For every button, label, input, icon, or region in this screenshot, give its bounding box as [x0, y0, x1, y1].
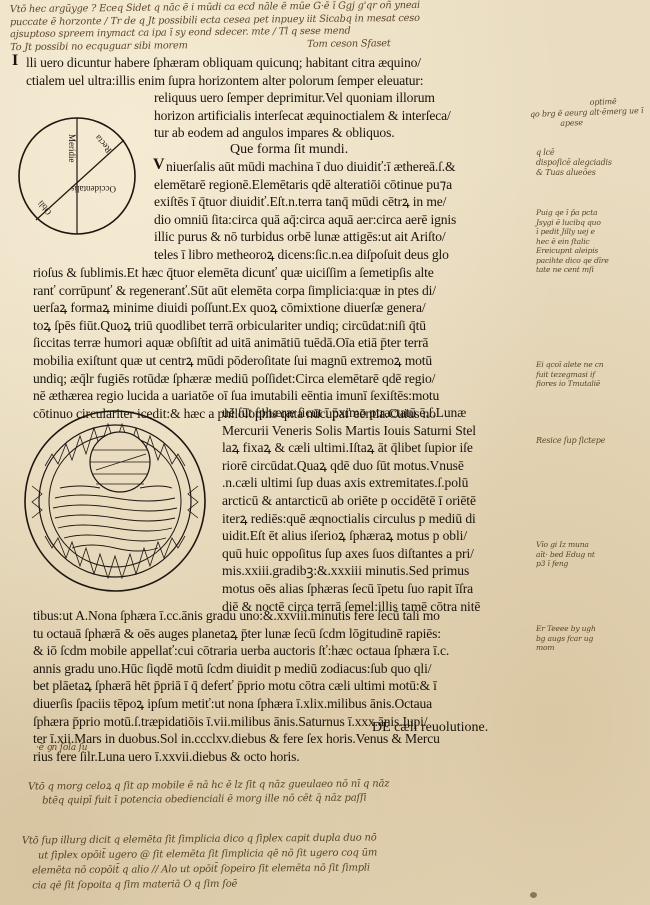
margin-annotation-6: Vīo gi Iz muna aīt· bed Edug nt p3 ī fen…	[536, 540, 595, 569]
bottom-annotation-1: Vtō q morg celoꝝ q ſit ap mobile ē nā hc…	[28, 777, 390, 808]
margin-annotation-2: q lcē dispoſicē alegciadis & Tuas alueōe…	[536, 148, 612, 178]
print-line: niuerſalis aūt mūdi machina ī duo diuidi…	[166, 158, 456, 176]
print-line: tu octauā ſphærā & oēs auges planetaꝝ p̄…	[33, 625, 449, 643]
print-line: .n.cæli ultimi ſup duas axis extremitate…	[222, 474, 480, 492]
print-line: tur ab eodem ad angulos impares & obliqu…	[154, 124, 451, 142]
ink-stain	[530, 892, 537, 898]
annotation-line: & Tuas alueōes	[536, 168, 612, 178]
annotation-line: Vīo gi Iz muna	[536, 540, 595, 550]
print-line: diuerſis ſpaciis tēpoꝝ ipſum metiť:ut no…	[33, 695, 449, 713]
print-line: mis.xxiii.gradibꝫ:&.xxxiii minutis.Sed p…	[222, 562, 480, 580]
annotation-line: Ei qcoī alete ne cn	[536, 360, 603, 370]
print-line: illic purus & nō turbidus orbē lunæ atti…	[154, 228, 456, 246]
paragraph-3-full: tibus:ut A.Nona ſphæra ī.cc.ānis gradu u…	[33, 607, 449, 765]
manuscript-page: Vtō hec argūyge ? Eceq Sidet q nāc ē i m…	[0, 0, 650, 905]
initial-letter-i: I	[12, 52, 18, 70]
margin-annotation-7: Er Teeee by ugh bg augs fcar ug mom	[536, 624, 596, 653]
paragraph-1-beside-figure: reliquus uero ſemper deprimitur.Vel quon…	[154, 89, 451, 142]
spheres-diagram-figure: Meridie Recta Occidentalis Obli	[12, 108, 152, 248]
annotation-line: p3 ī feng	[536, 559, 595, 569]
cosmos-diagram-figure	[20, 406, 210, 596]
print-line: exiſtēs ī q̄tuor diuidiť.Eſt.n.terra tan…	[154, 193, 456, 211]
paragraph-3-beside-figure: uē ſūt ſphæræ ſicut ī p̄ximo ptractatū ē…	[222, 404, 480, 615]
print-line: ranť corrūpunť & regeneranť.Sūt aūt elem…	[33, 282, 439, 300]
section-heading: Que forma ſit mundi.	[230, 142, 348, 158]
paragraph-1-top: lli uero dicuntur habere ſphæram obliqua…	[26, 54, 423, 89]
print-line: laꝝ fixaꝝ & cæli ultimi.Iſtaꝝ āt q̄libet…	[222, 439, 480, 457]
annotation-line: ī pedit Jilly uej e	[536, 227, 609, 237]
annotation-line: dispoſicē alegciadis	[536, 158, 612, 168]
print-line: rius fere ſilr.Luna uero ī.xxvii.diebus …	[33, 748, 449, 766]
annotation-line: Er Teeee by ugh	[536, 624, 596, 634]
print-line: dio omniū ſita:circa quā aq̄:circa aquā …	[154, 211, 456, 229]
print-line: rioſus & ſublimis.Et hæc q̄tuor elemēta …	[33, 264, 439, 282]
margin-annotation-4: Ei qcoī alete ne cn fuit tezegmasi if fi…	[536, 360, 603, 389]
print-line: iterꝝ rediēs:quē æqnoctialis circulus p …	[222, 510, 480, 528]
margin-annotation-5: Resice ſup ſictepe	[536, 434, 605, 447]
print-line: Mercurii Veneris Solis Martis Iouis Satu…	[222, 422, 480, 440]
print-line: horizon artificialis interſecat æquinoct…	[154, 107, 451, 125]
annotation-line: elemēta nō copōit̄ q alio // Alo ut opōi…	[32, 860, 377, 878]
print-line: tibus:ut A.Nona ſphæra ī.cc.ānis gradu u…	[33, 607, 449, 625]
print-line: undiq; æq̄lr fugiēs rotūdæ ſphæræ mediū …	[33, 370, 439, 388]
svg-text:Obli: Obli	[35, 198, 53, 217]
svg-text:Recta: Recta	[93, 133, 114, 155]
annotation-line: q lcē	[536, 148, 612, 158]
print-line: toꝝ ſpēs fiūt.Quoꝝ triū quodlibet terrā …	[33, 317, 439, 335]
print-line: annis gradu uno.Hūc ſiqdē motū ſcdm diui…	[33, 660, 449, 678]
paragraph-2-beside-figure: niuerſalis aūt mūdi machina ī duo diuidi…	[166, 158, 456, 264]
annotation-line: Puig qe ī p̄a pcta	[536, 208, 609, 218]
bottom-annotation-2: Vtō ſup illurg dicit q elemēta ſit ſimpl…	[22, 830, 378, 893]
print-line: bet plāetaꝝ ſphærā hēt p̄priā ī q̄ defer…	[33, 677, 449, 695]
print-line: elemētarē regionē.Elemētaris qdē alterat…	[154, 176, 456, 194]
annotation-line: aīt· bed Edug nt	[536, 550, 595, 560]
annotation-line: fiores io Tmutaliē	[536, 379, 603, 389]
print-line: & iō ſcdm mobile appellať:cui cōtraria u…	[33, 642, 449, 660]
margin-annotation-3: Puig qe ī p̄a pcta Jsygi ē lucibq quo ī …	[536, 208, 609, 275]
svg-text:Occidentalis: Occidentalis	[71, 184, 116, 194]
closing-heading: DE cæli reuolutione.	[372, 720, 488, 736]
top-annotation: Vtō hec argūyge ? Eceq Sidet q nāc ē i m…	[10, 0, 421, 54]
print-line: arcticū & antarcticū ab oriēte p occidēt…	[222, 492, 480, 510]
annotation-line: fuit tezegmasi if	[536, 370, 603, 380]
annotation-line: Jsygi ē lucibq quo	[536, 218, 609, 228]
annotation-line: bg augs fcar ug	[536, 634, 596, 644]
print-line: lli uero dicuntur habere ſphæram obliqua…	[26, 54, 423, 72]
print-line: motus oēs alias ſphæras ſecū īpetu ſuo r…	[222, 580, 480, 598]
initial-letter-v: V	[153, 156, 165, 174]
svg-text:Meridie: Meridie	[67, 134, 77, 163]
print-line: riorē circūdat.Quaꝝ qdē duo ſūt motus.Vn…	[222, 457, 480, 475]
annotation-line: Ereicupnt aleipis	[536, 246, 609, 256]
annotation-line: hec ē ein ſtalic	[536, 237, 609, 247]
annotation-line: cia qē ſit ſopoita q ſim materiā O q ſim…	[32, 875, 377, 893]
margin-annotation-1: optimē qo brg ē aeurg alt·ēmerg ue ī ape…	[530, 96, 644, 130]
annotation-line: apese	[560, 116, 644, 129]
print-line: ſiccitas terræ humori aquæ obſiſtit ad u…	[33, 334, 439, 352]
annotation-line: tate ne cent mſi	[536, 265, 609, 275]
small-note: ·ē ꝯn ſola ſu	[36, 742, 87, 755]
annotation-line: pacihte dico qe dīre	[536, 256, 609, 266]
print-line: uidit.Eſt ēt alius iſerioꝝ ſphæraꝝ motus…	[222, 527, 480, 545]
print-line: reliquus uero ſemper deprimitur.Vel quon…	[154, 89, 451, 107]
print-line: uerſaꝝ formaꝝ minime diuidi poſſunt.Ex q…	[33, 299, 439, 317]
print-line: mobilia exiſtunt quæ ut centrꝝ mūdi pōde…	[33, 352, 439, 370]
paragraph-2-full: rioſus & ſublimis.Et hæc q̄tuor elemēta …	[33, 264, 439, 422]
print-line: teles ī libro metheoroꝝ dicens:ſic.n.ea …	[154, 246, 456, 264]
print-line: quū huic oppoſitus ſup axes ſuos diſtant…	[222, 545, 480, 563]
annotation-line: mom	[536, 643, 596, 653]
print-line: ctialem uel ultra:illis enim ſupra horiz…	[26, 72, 423, 90]
print-line: nē æthærea regio lucida a uariatōe oī ſu…	[33, 387, 439, 405]
print-line: uē ſūt ſphæræ ſicut ī p̄ximo ptractatū ē…	[222, 404, 480, 422]
annotation-line: btēq quipī fuit ī potencia obedienciali …	[42, 791, 389, 808]
